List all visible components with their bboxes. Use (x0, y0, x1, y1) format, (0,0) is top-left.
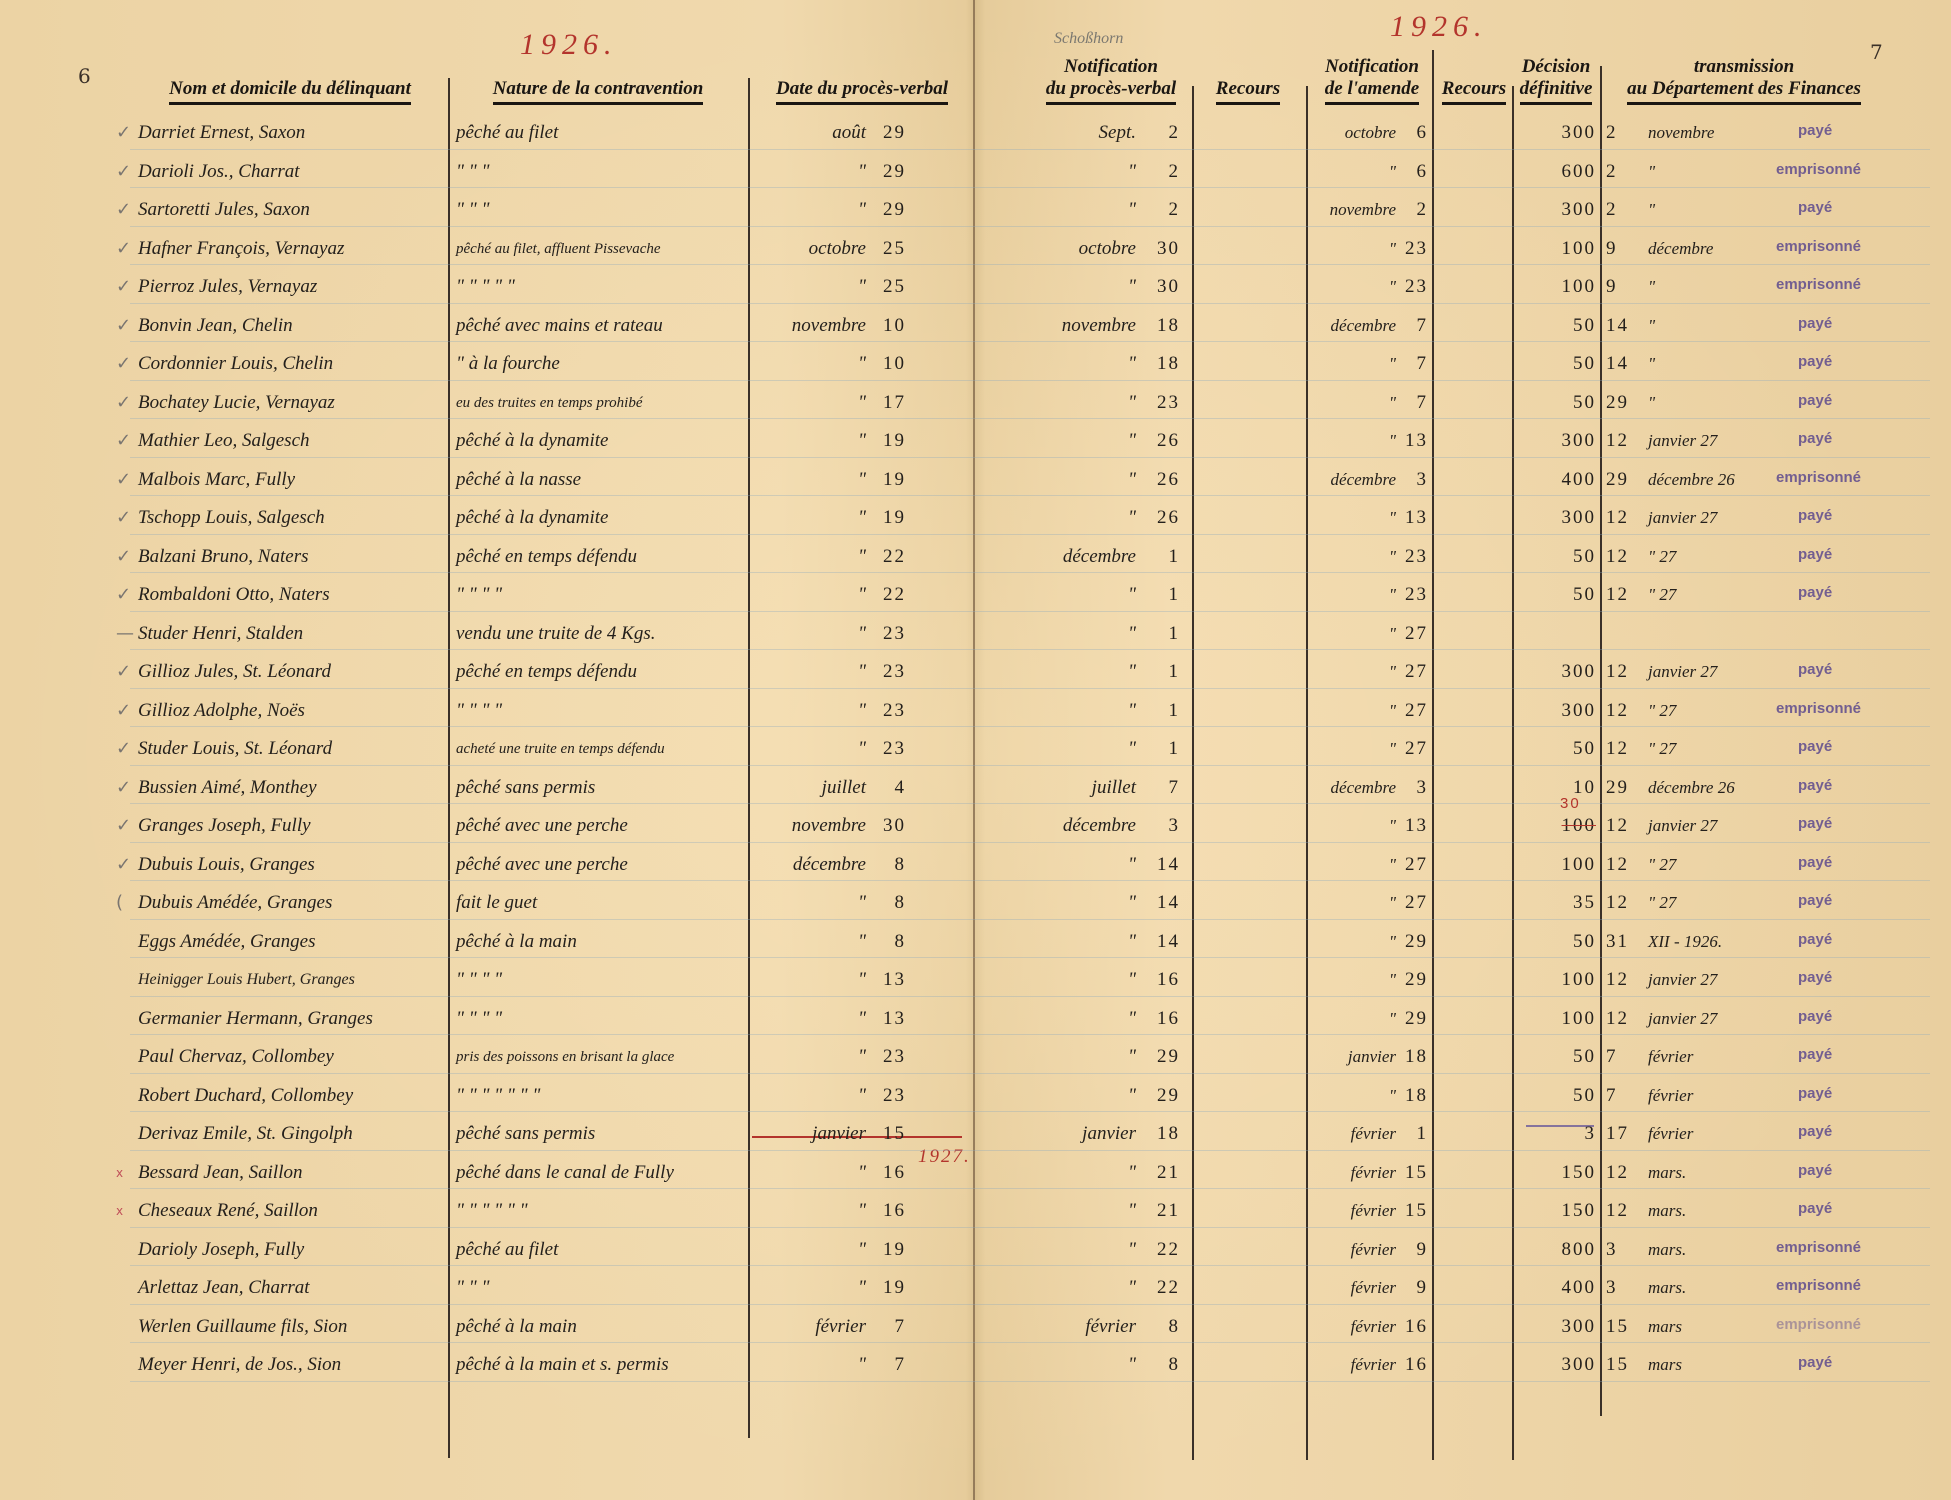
notif-amende-day: 18 (1396, 1038, 1428, 1076)
notif-amende-month: février (1312, 1115, 1396, 1153)
transmission-month: janvier 27 (1648, 422, 1788, 460)
ruled-line (130, 649, 1930, 650)
notif-amende-day: 27 (1396, 884, 1428, 922)
offender-name: Sartoretti Jules, Saxon (138, 191, 443, 229)
notif-amende-month: " (1312, 923, 1396, 961)
ruled-line (130, 303, 1930, 304)
status-stamp: payé (1798, 307, 1832, 345)
notif-pv-day: 21 (1142, 1154, 1180, 1192)
offender-name: Studer Henri, Stalden (138, 615, 443, 653)
notif-pv-day: 18 (1142, 1115, 1180, 1153)
transmission-month: " 27 (1648, 846, 1788, 884)
pv-date-day: 7 (870, 1308, 906, 1346)
status-stamp: payé (1798, 653, 1832, 691)
notif-pv-month: " (1036, 961, 1136, 999)
ledger-row: Germanier Hermann, Granges" " " ""13"16"… (0, 1000, 1951, 1038)
ruled-line (130, 418, 1930, 419)
check-mark-icon: ✓ (116, 230, 131, 268)
notif-amende-month: " (1312, 615, 1396, 653)
offender-name: Hafner François, Vernayaz (138, 230, 443, 268)
offender-name: Heinigger Louis Hubert, Granges (138, 961, 443, 999)
pv-date-month: novembre (756, 807, 866, 845)
ledger-row: ✓Balzani Bruno, Naterspêché en temps déf… (0, 538, 1951, 576)
notif-pv-day: 30 (1142, 268, 1180, 306)
offense-nature: " " " " (456, 961, 746, 999)
offense-nature: pêché en temps défendu (456, 653, 746, 691)
pv-date-day: 22 (870, 538, 906, 576)
transmission-month: février (1648, 1077, 1788, 1115)
notif-pv-day: 22 (1142, 1231, 1180, 1269)
status-stamp: emprisonné (1776, 1308, 1861, 1346)
fine-amount: 100 (1516, 1000, 1596, 1038)
offender-name: Meyer Henri, de Jos., Sion (138, 1346, 443, 1384)
transmission-day: 12 (1606, 422, 1636, 460)
status-stamp: payé (1798, 1115, 1832, 1153)
ledger-row: Darioly Joseph, Fullypêché au filet"19"2… (0, 1231, 1951, 1269)
header-date: Date du procès-verbal (752, 78, 972, 105)
notif-amende-day: 13 (1396, 807, 1428, 845)
offense-nature: pêché avec une perche (456, 807, 746, 845)
fine-amount: 300 (1516, 653, 1596, 691)
offender-name: Rombaldoni Otto, Naters (138, 576, 443, 614)
notif-amende-month: " (1312, 846, 1396, 884)
notif-amende-day: 16 (1396, 1346, 1428, 1384)
ledger-row: Robert Duchard, Collombey" " " " " " ""2… (0, 1077, 1951, 1115)
pv-date-day: 8 (870, 884, 906, 922)
status-stamp: payé (1798, 1192, 1832, 1230)
offense-nature: " à la fourche (456, 345, 746, 383)
offender-name: Dubuis Louis, Granges (138, 846, 443, 884)
notif-amende-month: " (1312, 692, 1396, 730)
pv-date-month: " (756, 961, 866, 999)
offense-nature: vendu une truite de 4 Kgs. (456, 615, 746, 653)
fine-amount: 300 (1516, 1308, 1596, 1346)
notif-amende-day: 23 (1396, 576, 1428, 614)
ledger-row: Heinigger Louis Hubert, Granges" " " ""1… (0, 961, 1951, 999)
ledger-row: Meyer Henri, de Jos., Sionpêché à la mai… (0, 1346, 1951, 1384)
transmission-day: 15 (1606, 1346, 1636, 1384)
notif-amende-month: " (1312, 884, 1396, 922)
notif-amende-day: 3 (1396, 769, 1428, 807)
check-mark-icon: ✓ (116, 384, 131, 422)
fine-amount: 50 (1516, 1077, 1596, 1115)
pv-date-month: " (756, 345, 866, 383)
notif-amende-month: octobre (1312, 114, 1396, 152)
transmission-day: 2 (1606, 153, 1636, 191)
pv-date-day: 19 (870, 1231, 906, 1269)
ledger-row: ✓Rombaldoni Otto, Naters" " " ""22"1"235… (0, 576, 1951, 614)
check-mark-icon: ✓ (116, 653, 131, 691)
notif-pv-day: 16 (1142, 961, 1180, 999)
fine-amount: 50 (1516, 345, 1596, 383)
pv-date-month: " (756, 384, 866, 422)
pv-date-day: 7 (870, 1346, 906, 1384)
transmission-month: janvier 27 (1648, 961, 1788, 999)
transmission-day: 12 (1606, 1192, 1636, 1230)
offender-name: Cordonnier Louis, Chelin (138, 345, 443, 383)
header-decision: Décision définitive (1516, 56, 1596, 105)
status-stamp: payé (1798, 884, 1832, 922)
offender-name: Bessard Jean, Saillon (138, 1154, 443, 1192)
transmission-day: 12 (1606, 1154, 1636, 1192)
fine-amount: 50 (1516, 730, 1596, 768)
offense-nature: pêché à la nasse (456, 461, 746, 499)
ledger-row: ✓Gillioz Adolphe, Noës" " " ""23"1"27300… (0, 692, 1951, 730)
offense-nature: pêché à la main et s. permis (456, 1346, 746, 1384)
check-mark-icon: ✓ (116, 422, 131, 460)
status-stamp: payé (1798, 961, 1832, 999)
offense-nature: pêché avec mains et rateau (456, 307, 746, 345)
ruled-line (130, 688, 1930, 689)
pv-date-day: 23 (870, 1038, 906, 1076)
notif-amende-month: janvier (1312, 1038, 1396, 1076)
transmission-month: " 27 (1648, 730, 1788, 768)
ruled-line (130, 919, 1930, 920)
notif-pv-month: " (1036, 615, 1136, 653)
notif-amende-month: décembre (1312, 307, 1396, 345)
pv-date-month: octobre (756, 230, 866, 268)
notif-pv-day: 1 (1142, 615, 1180, 653)
ruled-line (130, 842, 1930, 843)
ledger-row: ✓Hafner François, Vernayazpêché au filet… (0, 230, 1951, 268)
pv-date-day: 22 (870, 576, 906, 614)
pv-date-month: " (756, 422, 866, 460)
notif-pv-day: 1 (1142, 692, 1180, 730)
notif-amende-day: 27 (1396, 615, 1428, 653)
notif-amende-day: 9 (1396, 1231, 1428, 1269)
pv-date-day: 16 (870, 1154, 906, 1192)
pv-date-month: " (756, 1231, 866, 1269)
notif-amende-month: " (1312, 653, 1396, 691)
notif-amende-day: 23 (1396, 230, 1428, 268)
transmission-month: " (1648, 384, 1788, 422)
transmission-month: XII - 1926. (1648, 923, 1788, 961)
notif-pv-day: 18 (1142, 345, 1180, 383)
notif-pv-day: 2 (1142, 191, 1180, 229)
transmission-month: décembre 26 (1648, 769, 1788, 807)
pv-date-month: juillet (756, 769, 866, 807)
pv-date-day: 29 (870, 114, 906, 152)
transmission-day: 12 (1606, 884, 1636, 922)
notif-pv-month: " (1036, 1231, 1136, 1269)
ledger-row: ✓Tschopp Louis, Salgeschpêché à la dynam… (0, 499, 1951, 537)
notif-amende-month: " (1312, 499, 1396, 537)
ruled-line (130, 803, 1930, 804)
offense-nature: pêché avec une perche (456, 846, 746, 884)
status-stamp: payé (1798, 538, 1832, 576)
pv-date-month: " (756, 1000, 866, 1038)
notif-pv-month: " (1036, 1077, 1136, 1115)
ledger-row: ✓Cordonnier Louis, Chelin" à la fourche"… (0, 345, 1951, 383)
ruled-line (130, 187, 1930, 188)
notif-pv-month: décembre (1036, 538, 1136, 576)
transmission-month: février (1648, 1115, 1788, 1153)
pv-date-day: 29 (870, 191, 906, 229)
offense-nature: " " " " " " " (456, 1077, 746, 1115)
fine-amount: 300 (1516, 1346, 1596, 1384)
ledger-row: —Studer Henri, Staldenvendu une truite d… (0, 615, 1951, 653)
pv-date-month: " (756, 615, 866, 653)
transmission-month (1648, 615, 1788, 653)
offense-nature: " " " " (456, 1000, 746, 1038)
transmission-day: 2 (1606, 114, 1636, 152)
offender-name: Cheseaux René, Saillon (138, 1192, 443, 1230)
pv-date-day: 15 (870, 1115, 906, 1153)
notif-pv-month: " (1036, 345, 1136, 383)
ledger-row: ✓Granges Joseph, Fullypêché avec une per… (0, 807, 1951, 845)
pv-date-month: " (756, 1192, 866, 1230)
notif-pv-day: 30 (1142, 230, 1180, 268)
notif-amende-day: 6 (1396, 153, 1428, 191)
offense-nature: " " " " " (456, 268, 746, 306)
notif-pv-day: 1 (1142, 653, 1180, 691)
transmission-month: janvier 27 (1648, 653, 1788, 691)
notif-amende-day: 27 (1396, 653, 1428, 691)
ledger-row: ✓Malbois Marc, Fullypêché à la nasse"19"… (0, 461, 1951, 499)
notif-pv-day: 7 (1142, 769, 1180, 807)
notif-pv-month: " (1036, 1000, 1136, 1038)
fine-amount: 400 (1516, 1269, 1596, 1307)
offender-name: Granges Joseph, Fully (138, 807, 443, 845)
fine-amount: 10 (1516, 769, 1596, 807)
pv-date-month: " (756, 1154, 866, 1192)
ledger-row: ✓Darriet Ernest, Saxonpêché au filetaoût… (0, 114, 1951, 152)
offense-nature: " " " (456, 1269, 746, 1307)
offender-name: Werlen Guillaume fils, Sion (138, 1308, 443, 1346)
pv-date-day: 23 (870, 653, 906, 691)
notif-amende-month: novembre (1312, 191, 1396, 229)
pv-date-day: 13 (870, 961, 906, 999)
check-mark-icon: ✓ (116, 769, 131, 807)
transmission-month: novembre (1648, 114, 1788, 152)
offender-name: Eggs Amédée, Granges (138, 923, 443, 961)
pv-date-month: " (756, 461, 866, 499)
notif-pv-month: " (1036, 384, 1136, 422)
ledger-row: (Dubuis Amédée, Grangesfait le guet"8"14… (0, 884, 1951, 922)
ledger-row: Eggs Amédée, Grangespêché à la main"8"14… (0, 923, 1951, 961)
status-stamp: payé (1798, 730, 1832, 768)
notif-pv-month: " (1036, 846, 1136, 884)
pv-date-day: 19 (870, 422, 906, 460)
offender-name: Darioly Joseph, Fully (138, 1231, 443, 1269)
status-stamp: payé (1798, 191, 1832, 229)
pv-date-day: 19 (870, 499, 906, 537)
check-mark-icon: ✓ (116, 114, 131, 152)
pv-date-day: 19 (870, 461, 906, 499)
ruled-line (130, 572, 1930, 573)
pv-date-day: 19 (870, 1269, 906, 1307)
notif-pv-month: novembre (1036, 307, 1136, 345)
notif-pv-month: " (1036, 153, 1136, 191)
ledger-row: ✓Bochatey Lucie, Vernayazeu des truites … (0, 384, 1951, 422)
transmission-month: mars. (1648, 1231, 1788, 1269)
notif-pv-month: " (1036, 1038, 1136, 1076)
fine-amount: 35 (1516, 884, 1596, 922)
transmission-day: 14 (1606, 307, 1636, 345)
check-mark-icon: ✓ (116, 191, 131, 229)
notif-amende-month: février (1312, 1231, 1396, 1269)
check-mark-icon: — (116, 615, 134, 653)
notif-pv-day: 26 (1142, 422, 1180, 460)
transmission-month: mars. (1648, 1192, 1788, 1230)
fine-amount (1516, 615, 1596, 653)
notif-amende-month: février (1312, 1346, 1396, 1384)
ruled-line (130, 1304, 1930, 1305)
transmission-day: 29 (1606, 384, 1636, 422)
notif-amende-day: 13 (1396, 499, 1428, 537)
notif-amende-month: décembre (1312, 769, 1396, 807)
check-mark-icon: ✓ (116, 807, 131, 845)
notif-pv-month: " (1036, 422, 1136, 460)
pv-date-month: " (756, 499, 866, 537)
ruled-line (130, 1265, 1930, 1266)
fine-amount: 300 (1516, 499, 1596, 537)
notif-amende-month: février (1312, 1308, 1396, 1346)
ledger-row: ✓Studer Louis, St. Léonardacheté une tru… (0, 730, 1951, 768)
notif-amende-day: 3 (1396, 461, 1428, 499)
notif-amende-month: " (1312, 230, 1396, 268)
year-heading-right: 1926. (1390, 10, 1488, 44)
status-stamp: payé (1798, 384, 1832, 422)
notif-pv-month: " (1036, 1346, 1136, 1384)
notif-amende-month: " (1312, 576, 1396, 614)
pv-date-month: " (756, 653, 866, 691)
notif-pv-day: 2 (1142, 153, 1180, 191)
transmission-month: janvier 27 (1648, 499, 1788, 537)
notif-pv-month: " (1036, 461, 1136, 499)
notif-pv-day: 8 (1142, 1346, 1180, 1384)
status-stamp: payé (1798, 769, 1832, 807)
offense-nature: pêché au filet, affluent Pissevache (456, 230, 746, 268)
transmission-month: mars. (1648, 1269, 1788, 1307)
offender-name: Mathier Leo, Salgesch (138, 422, 443, 460)
pv-date-month: " (756, 576, 866, 614)
fine-amount: 300 (1516, 422, 1596, 460)
notif-amende-day: 1 (1396, 1115, 1428, 1153)
notif-amende-month: " (1312, 384, 1396, 422)
pv-date-day: 10 (870, 307, 906, 345)
notif-amende-day: 29 (1396, 1000, 1428, 1038)
ruled-line (130, 765, 1930, 766)
notif-amende-day: 18 (1396, 1077, 1428, 1115)
offender-name: Darioli Jos., Charrat (138, 153, 443, 191)
offender-name: Malbois Marc, Fully (138, 461, 443, 499)
offense-nature: pêché sans permis (456, 1115, 746, 1153)
notif-pv-month: " (1036, 1154, 1136, 1192)
offender-name: Gillioz Adolphe, Noës (138, 692, 443, 730)
notif-pv-month: " (1036, 268, 1136, 306)
check-mark-icon: x (116, 1154, 123, 1192)
fine-amount: 50 (1516, 923, 1596, 961)
notif-amende-month: " (1312, 1077, 1396, 1115)
transmission-month: mars (1648, 1308, 1788, 1346)
status-stamp: emprisonné (1776, 1231, 1861, 1269)
ruled-line (130, 341, 1930, 342)
offender-name: Bonvin Jean, Chelin (138, 307, 443, 345)
fine-amount: 100 (1516, 846, 1596, 884)
notif-amende-month: février (1312, 1192, 1396, 1230)
offense-nature: pêché sans permis (456, 769, 746, 807)
offender-name: Gillioz Jules, St. Léonard (138, 653, 443, 691)
notif-pv-day: 14 (1142, 923, 1180, 961)
notif-amende-month: " (1312, 345, 1396, 383)
offender-name: Balzani Bruno, Naters (138, 538, 443, 576)
notif-amende-day: 23 (1396, 268, 1428, 306)
notif-pv-month: " (1036, 576, 1136, 614)
pv-date-day: 25 (870, 268, 906, 306)
notif-pv-day: 3 (1142, 807, 1180, 845)
fine-amount: 50 (1516, 538, 1596, 576)
ruled-line (130, 1034, 1930, 1035)
check-mark-icon: ✓ (116, 153, 131, 191)
notif-amende-day: 2 (1396, 191, 1428, 229)
check-mark-icon: ✓ (116, 268, 131, 306)
pv-date-day: 25 (870, 230, 906, 268)
ruled-line (130, 1381, 1930, 1382)
pv-date-day: 10 (870, 345, 906, 383)
notif-amende-day: 29 (1396, 923, 1428, 961)
offender-name: Dubuis Amédée, Granges (138, 884, 443, 922)
offender-name: Paul Chervaz, Collombey (138, 1038, 443, 1076)
ledger-row: Paul Chervaz, Collombeypris des poissons… (0, 1038, 1951, 1076)
transmission-day: 14 (1606, 345, 1636, 383)
transmission-day: 12 (1606, 692, 1636, 730)
notif-pv-month: " (1036, 692, 1136, 730)
notif-amende-day: 6 (1396, 114, 1428, 152)
transmission-month: janvier 27 (1648, 1000, 1788, 1038)
pv-date-day: 30 (870, 807, 906, 845)
fine-amount: 150 (1516, 1154, 1596, 1192)
transmission-day: 15 (1606, 1308, 1636, 1346)
offender-name: Studer Louis, St. Léonard (138, 730, 443, 768)
notif-amende-day: 7 (1396, 384, 1428, 422)
notif-amende-day: 27 (1396, 692, 1428, 730)
fine-correction: 30 (1560, 795, 1581, 812)
notif-pv-month: " (1036, 499, 1136, 537)
notif-pv-day: 1 (1142, 576, 1180, 614)
ledger-row: ✓Pierroz Jules, Vernayaz" " " " ""25"30"… (0, 268, 1951, 306)
check-mark-icon: x (116, 1192, 123, 1230)
pv-date-month: " (756, 1346, 866, 1384)
pv-date-month: " (756, 730, 866, 768)
transmission-month: " (1648, 307, 1788, 345)
notif-pv-day: 18 (1142, 307, 1180, 345)
status-stamp: payé (1798, 1346, 1832, 1384)
offender-name: Bochatey Lucie, Vernayaz (138, 384, 443, 422)
notif-pv-day: 1 (1142, 730, 1180, 768)
notif-amende-day: 23 (1396, 538, 1428, 576)
fine-amount: 100 (1516, 230, 1596, 268)
ruled-line (130, 611, 1930, 612)
pv-date-month: " (756, 538, 866, 576)
transmission-day: 2 (1606, 191, 1636, 229)
ruled-line (130, 226, 1930, 227)
transmission-day: 17 (1606, 1115, 1636, 1153)
header-name: Nom et domicile du délinquant (140, 78, 440, 105)
status-stamp: payé (1798, 807, 1832, 845)
ruled-line (130, 264, 1930, 265)
check-mark-icon: ✓ (116, 846, 131, 884)
fine-amount: 100 (1516, 807, 1596, 845)
pv-date-day: 16 (870, 1192, 906, 1230)
pv-date-day: 23 (870, 730, 906, 768)
ruled-line (130, 1188, 1930, 1189)
check-mark-icon: ✓ (116, 461, 131, 499)
fine-amount: 600 (1516, 153, 1596, 191)
notif-amende-day: 16 (1396, 1308, 1428, 1346)
notif-pv-month: " (1036, 1269, 1136, 1307)
header-notif-amende: Notification de l'amende (1310, 56, 1434, 105)
